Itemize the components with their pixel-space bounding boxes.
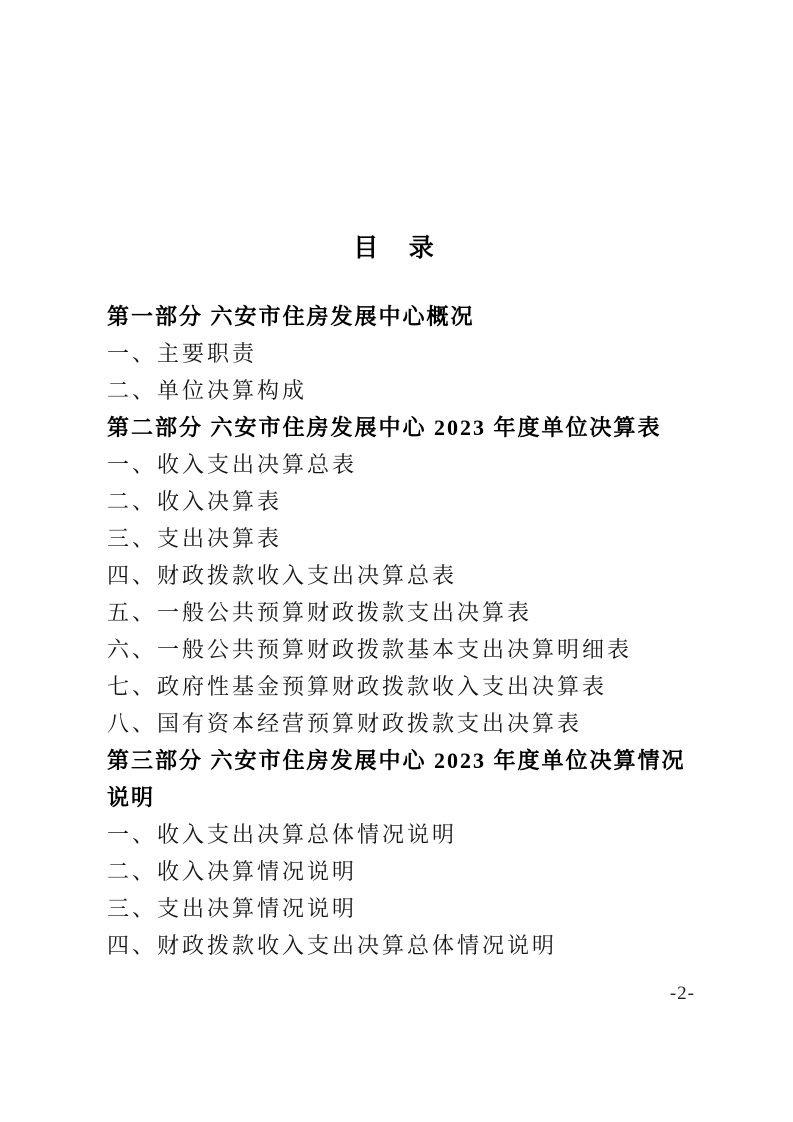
toc-item: 三、支出决算情况说明 bbox=[107, 890, 699, 927]
toc-section-3-heading: 第三部分 六安市住房发展中心 2023 年度单位决算情况说明 bbox=[107, 742, 699, 816]
toc-item: 八、国有资本经营预算财政拨款支出决算表 bbox=[107, 705, 699, 742]
toc-item: 五、一般公共预算财政拨款支出决算表 bbox=[107, 594, 699, 631]
toc-section-1-heading: 第一部分 六安市住房发展中心概况 bbox=[107, 298, 699, 335]
toc-item: 一、主要职责 bbox=[107, 335, 699, 372]
toc-item: 一、收入支出决算总表 bbox=[107, 446, 699, 483]
toc-item: 二、收入决算情况说明 bbox=[107, 853, 699, 890]
toc-item: 七、政府性基金预算财政拨款收入支出决算表 bbox=[107, 668, 699, 705]
toc-item: 二、收入决算表 bbox=[107, 483, 699, 520]
toc-item: 二、单位决算构成 bbox=[107, 372, 699, 409]
toc-section-2-heading: 第二部分 六安市住房发展中心 2023 年度单位决算表 bbox=[107, 409, 699, 446]
toc-item: 三、支出决算表 bbox=[107, 520, 699, 557]
toc-item: 六、一般公共预算财政拨款基本支出决算明细表 bbox=[107, 631, 699, 668]
toc-item: 四、财政拨款收入支出决算总表 bbox=[107, 557, 699, 594]
table-of-contents: 第一部分 六安市住房发展中心概况 一、主要职责 二、单位决算构成 第二部分 六安… bbox=[107, 298, 699, 964]
page-number: -2- bbox=[670, 983, 695, 1005]
toc-item: 四、财政拨款收入支出决算总体情况说明 bbox=[107, 927, 699, 964]
page-title: 目 录 bbox=[0, 228, 793, 264]
document-page: 目 录 第一部分 六安市住房发展中心概况 一、主要职责 二、单位决算构成 第二部… bbox=[0, 0, 793, 1122]
toc-item: 一、收入支出决算总体情况说明 bbox=[107, 816, 699, 853]
